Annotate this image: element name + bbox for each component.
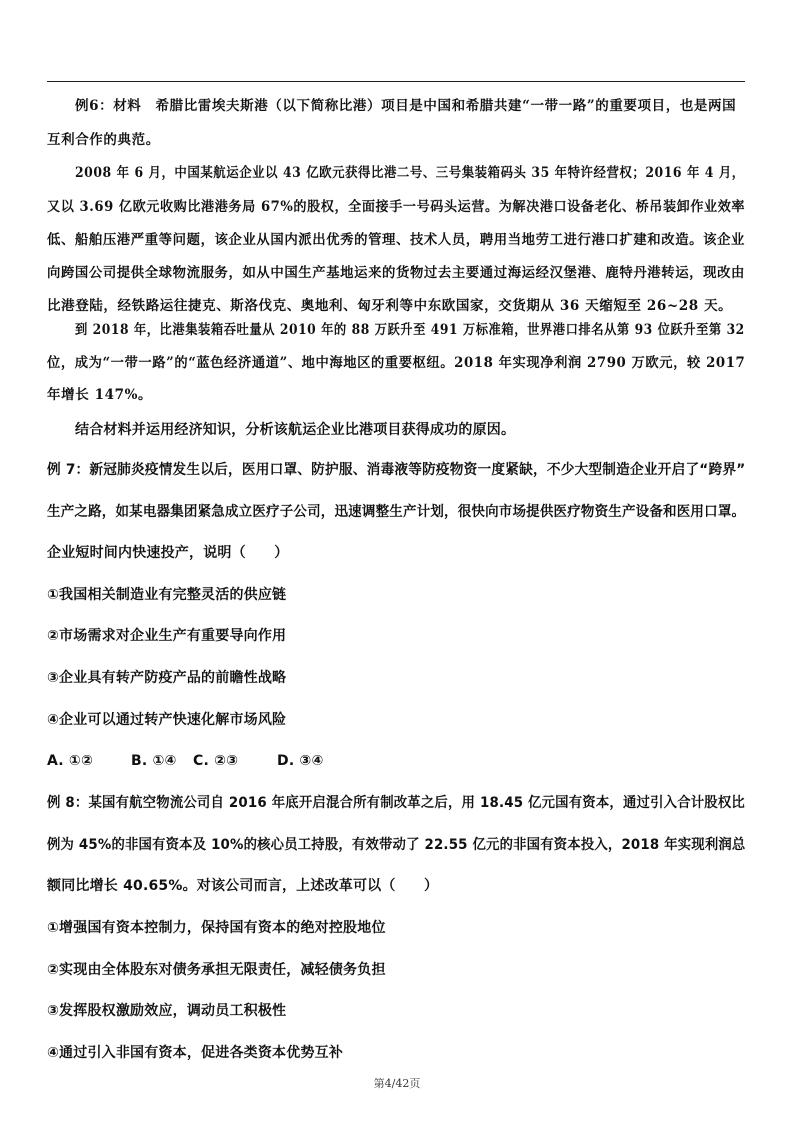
example-7-option-2: ②市场需求对企业生产有重要导向作用: [47, 627, 286, 645]
example-6-line: 2008 年 6 月，中国某航运企业以 43 亿欧元获得比港二号、三号集装箱码头…: [75, 164, 745, 182]
example-7-option-4: ④企业可以通过转产快速化解市场风险: [47, 711, 286, 729]
example-8-stem-line: 例 8：某国有航空物流公司自 2016 年底开启混合所有制改革之后，用 18.4…: [47, 794, 745, 812]
example-7-option-3: ③企业具有转产防疫产品的前瞻性战略: [47, 669, 286, 687]
choice-a: A. ①②: [47, 752, 131, 770]
example-8-option-3: ③发挥股权激励效应，调动员工积极性: [47, 1002, 286, 1020]
example-6-line: 例6：材料 希腊比雷埃夫斯港（以下简称比港）项目是中国和希腊共建“一带一路”的重…: [75, 97, 736, 115]
example-6-line: 到 2018 年，比港集装箱吞吐量从 2010 年的 88 万跃升至 491 万…: [75, 321, 745, 339]
example-6-line: 年增长 147%。: [47, 386, 152, 404]
example-6-line: 位，成为“一带一路”的“蓝色经济通道”、地中海地区的重要枢纽。2018 年实现净…: [47, 354, 745, 372]
example-7-choices: A. ①②B. ①④C. ②③D. ③④: [47, 752, 324, 770]
choice-c: C. ②③: [193, 752, 277, 770]
example-8-option-1: ①增强国有资本控制力，保持国有资本的绝对控股地位: [47, 919, 386, 937]
example-6-line: 向跨国公司提供全球物流服务，如从中国生产基地运来的货物过去主要通过海运经汉堡港、…: [47, 264, 745, 282]
example-6-line: 比港登陆，经铁路运往捷克、斯洛伐克、奥地利、匈牙利等中东欧国家，交货期从 36 …: [47, 297, 732, 315]
example-7-stem-line: 生产之路，如某电器集团紧急成立医疗子公司，迅速调整生产计划，很快向市场提供医疗物…: [47, 503, 745, 521]
example-7-stem-line: 例 7：新冠肺炎疫情发生以后，医用口罩、防护服、消毒液等防疫物资一度紧缺，不少大…: [47, 461, 745, 479]
example-6-question: 结合材料并运用经济知识，分析该航运企业比港项目获得成功的原因。: [75, 421, 515, 439]
example-6-line: 互利合作的典范。: [47, 131, 160, 149]
choice-d: D. ③④: [277, 752, 324, 770]
example-6-line: 低、船舶压港严重等问题，该企业从国内派出优秀的管理、技术人员，聘用当地劳工进行港…: [47, 231, 745, 249]
example-8-stem-line: 例为 45%的非国有资本及 10%的核心员工持股，有效带动了 22.55 亿元的…: [47, 836, 745, 854]
example-8-option-4: ④通过引入非国有资本，促进各类资本优势互补: [47, 1044, 343, 1062]
page-number: 第4/42页: [0, 1075, 794, 1091]
header-rule: [47, 81, 745, 82]
example-6-line: 又以 3.69 亿欧元收购比港港务局 67%的股权，全面接手一号码头运营。为解决…: [47, 198, 745, 216]
choice-b: B. ①④: [131, 752, 193, 770]
example-8-option-2: ②实现由全体股东对债务承担无限责任，减轻债务负担: [47, 961, 386, 979]
example-7-stem-line: 企业短时间内快速投产，说明（ ）: [47, 544, 288, 562]
example-8-stem-line: 额同比增长 40.65%。对该公司而言，上述改革可以（ ）: [47, 877, 438, 895]
example-7-option-1: ①我国相关制造业有完整灵活的供应链: [47, 586, 286, 604]
